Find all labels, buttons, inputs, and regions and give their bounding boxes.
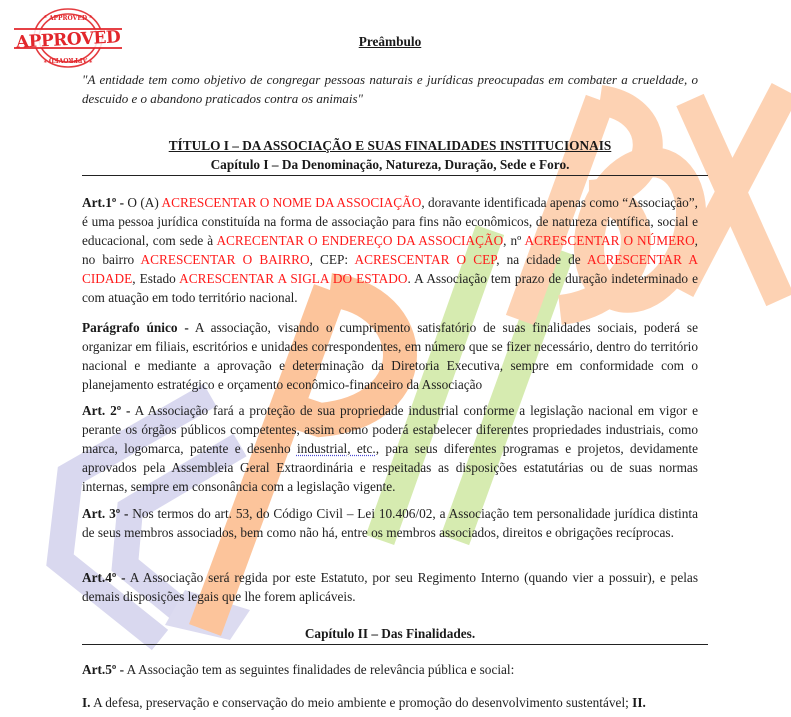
item-1-paragraph: I. A defesa, preservação e conservação d…: [82, 693, 698, 712]
document-page: Preâmbulo "A entidade tem como objetivo …: [82, 0, 698, 717]
paragrafo-unico-label: Parágrafo único -: [82, 320, 189, 335]
chapter-1-heading: Capítulo I – Da Denominação, Natureza, D…: [82, 157, 698, 173]
art-5-paragraph: Art.5º - A Associação tem as seguintes f…: [82, 660, 698, 679]
art-2-paragraph: Art. 2º - A Associação fará a proteção d…: [82, 401, 698, 496]
stamp-ring-bottom: * APPROVED *: [44, 56, 93, 63]
art-1-label: Art.1º -: [82, 195, 124, 210]
placeholder-district: ACRESCENTAR O BAIRRO: [141, 252, 310, 267]
art-3-label: Art. 3º -: [82, 506, 128, 521]
placeholder-cep: ACRESCENTAR O CEP: [354, 252, 496, 267]
art-3-paragraph: Art. 3º - Nos termos do art. 53, do Códi…: [82, 504, 698, 542]
chapter-2-rule: [82, 644, 708, 645]
item-2-label: II.: [632, 695, 646, 710]
placeholder-address: ACRECENTAR O ENDEREÇO DA ASSOCIAÇÃO: [216, 233, 503, 248]
preamble-quote: "A entidade tem como objetivo de congreg…: [82, 70, 698, 108]
chapter-2-heading: Capítulo II – Das Finalidades.: [82, 626, 698, 642]
title-1-heading: TÍTULO I – DA ASSOCIAÇÃO E SUAS FINALIDA…: [82, 138, 698, 154]
placeholder-state: ACRESCENTAR A SIGLA DO ESTADO: [179, 271, 407, 286]
stamp-ring-top: * APPROVED *: [44, 15, 93, 22]
approved-stamp: * APPROVED * * APPROVED * APPROVED: [12, 6, 124, 70]
placeholder-number: ACRESCENTAR O NÚMERO: [525, 233, 695, 248]
chapter-1-rule: [82, 175, 708, 176]
placeholder-name: ACRESCENTAR O NOME DA ASSOCIAÇÃO: [161, 195, 421, 210]
art-5-label: Art.5º -: [82, 662, 124, 677]
art-4-paragraph: Art.4º - A Associação será regida por es…: [82, 568, 698, 606]
stamp-main-text: APPROVED: [15, 27, 122, 53]
spellcheck-flagged-text: industrial, etc.: [297, 441, 376, 456]
art-4-label: Art.4º -: [82, 570, 126, 585]
preamble-title: Preâmbulo: [82, 34, 698, 50]
art-2-label: Art. 2º -: [82, 403, 130, 418]
paragrafo-unico: Parágrafo único - A associação, visando …: [82, 318, 698, 394]
art-1-paragraph: Art.1º - O (A) ACRESCENTAR O NOME DA ASS…: [82, 193, 698, 308]
item-1-label: I.: [82, 695, 91, 710]
